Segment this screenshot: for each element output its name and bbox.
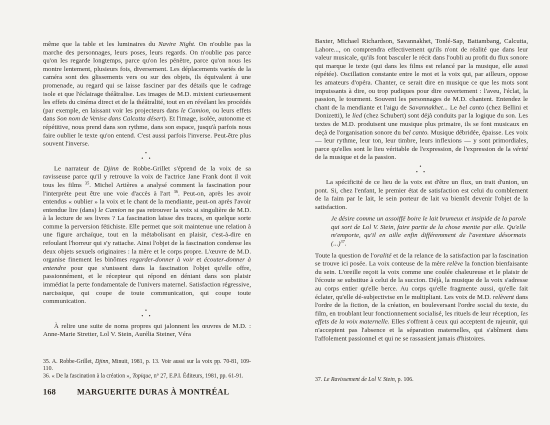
italic-run: le Camion, [181, 106, 211, 114]
book-spread: même que la table et les luminaires du N… [0, 0, 550, 425]
text-run: Toute la question de l' [315, 251, 374, 259]
text-run: 36. « De la fascination à la création », [43, 372, 132, 379]
italic-run: relève [447, 260, 463, 268]
page-number: 168 [43, 387, 56, 397]
asterism-separator: •• • [43, 308, 251, 319]
text-run: Le [448, 103, 459, 111]
italic-run: Topique [132, 372, 150, 379]
left-page-footnotes: 35. A. Robbe-Grillet, Djinn, Minuit, 198… [43, 358, 251, 380]
italic-run: oralité [374, 251, 392, 259]
italic-run: Je désire comme un assoiffé boire le lai… [331, 215, 526, 247]
page-footer: 168 MARGUERITE DURAS À MONTRÉAL [43, 387, 229, 397]
paragraph: La spécificité de ce lieu de la voix est… [315, 178, 528, 211]
left-page-text-column: même que la table et les luminaires du N… [43, 40, 251, 339]
footnote: 37. Le Ravissement de Lol V. Stein, p. 1… [315, 376, 528, 383]
text-run: et [194, 256, 204, 264]
block-quote: Je désire comme un assoiffé boire le lai… [331, 215, 526, 248]
italic-run: Son nom de Venise dans Calcutta désert [57, 115, 164, 123]
paragraph: même que la table et les luminaires du N… [43, 40, 251, 148]
italic-run: relèvent [493, 293, 514, 301]
text-run: de la musique et de la passion. [315, 153, 396, 161]
asterism-row: • • [315, 169, 528, 175]
italic-run: lied [352, 112, 362, 120]
italic-run: le Camion [98, 206, 126, 214]
italic-run: bel canto [459, 103, 484, 111]
footnote: 36. « De la fascination à la création »,… [43, 372, 251, 379]
italic-run: Djinn [103, 164, 118, 172]
asterism-separator: •• • [315, 164, 528, 175]
spread-inner: même que la table et les luminaires du N… [0, 0, 550, 425]
text-run: même que la table et les luminaires du [43, 40, 158, 48]
text-run: ne pas retrouver la voix si singulière d… [43, 206, 251, 263]
italic-run: vérité [513, 145, 528, 153]
text-run: , n° 27, E.P.I. Éditeurs, 1981, pp. 61-9… [151, 372, 243, 379]
italic-run: Navire Night. [158, 40, 195, 48]
text-run: pour que s'unissent dans la fascination … [43, 264, 251, 305]
right-page-footnotes: 37. Le Ravissement de Lol V. Stein, p. 1… [315, 376, 528, 383]
italic-run: Le Ravissement de Lol V. Stein [324, 376, 395, 383]
right-page-text-column: Baxter, Michael Richardson, Savannakhet,… [315, 37, 528, 343]
asterism-row: • • [43, 313, 251, 319]
text-run: Baxter, Michael Richardson, Savannakhet,… [315, 37, 528, 111]
paragraph: À relire une suite de noms propres qui j… [43, 322, 251, 339]
text-run: La spécificité de ce lieu de la voix est… [315, 178, 528, 210]
text-run: 37. [315, 376, 324, 383]
text-run: 35. A. Robbe-Grillet, [43, 358, 95, 365]
text-run: , p. 106. [395, 376, 414, 383]
italic-run: Djinn [95, 358, 108, 365]
paragraph: Toute la question de l'oralité et de la … [315, 251, 528, 342]
paragraph: Le narrateur de Djinn de Robbe-Grillet s… [43, 164, 251, 305]
italic-run: . [345, 240, 347, 248]
paragraph: Baxter, Michael Richardson, Savannakhet,… [315, 37, 528, 161]
text-run: Le narrateur de [54, 164, 103, 172]
running-title: MARGUERITE DURAS À MONTRÉAL [77, 387, 229, 397]
footnote: 35. A. Robbe-Grillet, Djinn, Minuit, 198… [43, 358, 251, 372]
text-run: On n'oublie pas la marche des personnage… [43, 40, 251, 114]
italic-run: regarder-donner à voir [130, 256, 194, 264]
italic-run: bel canto. [403, 128, 429, 136]
asterism-separator: •• • [43, 150, 251, 161]
italic-run: Savannakhet... [409, 103, 448, 111]
asterism-row: • • [43, 156, 251, 162]
text-run: À relire une suite de noms propres qui j… [43, 322, 251, 338]
